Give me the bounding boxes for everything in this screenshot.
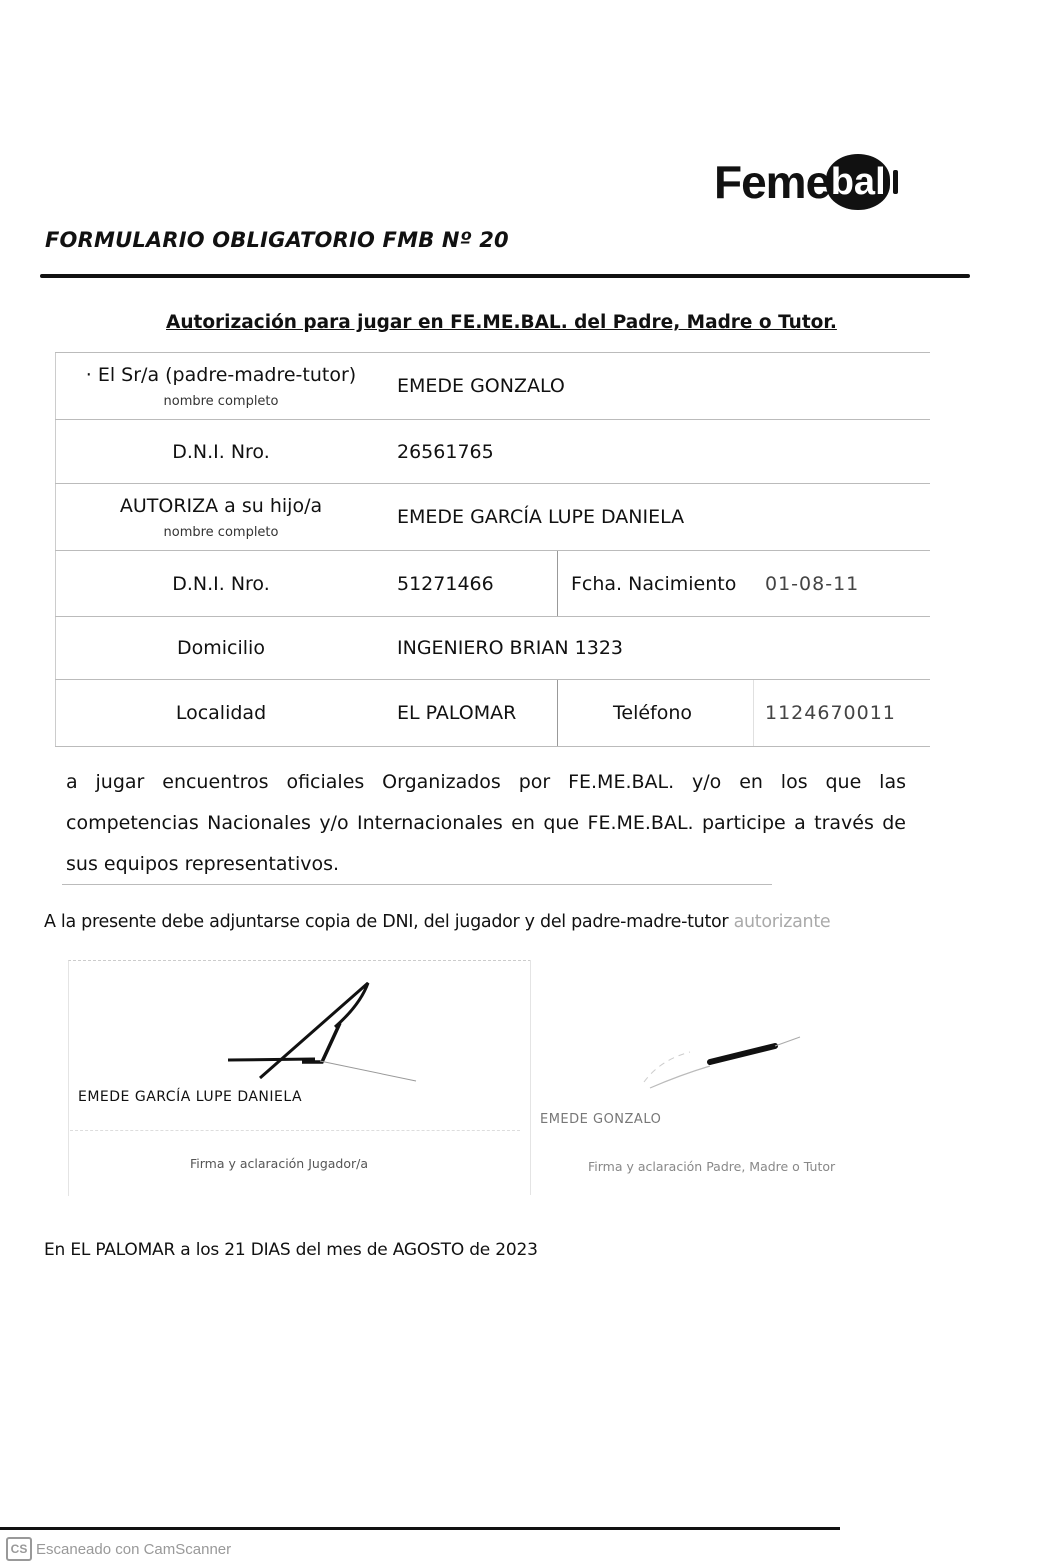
footer-divider bbox=[0, 1527, 840, 1530]
camscanner-icon: CS bbox=[6, 1537, 32, 1561]
camscanner-text: Escaneado con CamScanner bbox=[36, 1541, 231, 1558]
camscanner-footer: CS Escaneado con CamScanner bbox=[6, 1537, 231, 1561]
player-signature-caption: Firma y aclaración Jugador/a bbox=[190, 1156, 368, 1171]
form-title: FORMULARIO OBLIGATORIO FMB Nº 20 bbox=[45, 228, 509, 252]
player-signature-icon bbox=[220, 975, 430, 1090]
parent-sublabel: nombre completo bbox=[164, 394, 279, 409]
child-name-row: AUTORIZA a su hijo/a nombre completo EME… bbox=[55, 483, 930, 550]
phone-label: Teléfono bbox=[613, 680, 692, 746]
parent-dni-row: D.N.I. Nro. 26561765 bbox=[55, 419, 930, 483]
birth-date-label: Fcha. Nacimiento bbox=[571, 551, 736, 616]
address-label: Domicilio bbox=[55, 617, 387, 679]
authorization-paragraph: a jugar encuentros oficiales Organizados… bbox=[66, 762, 906, 885]
child-label: AUTORIZA a su hijo/a bbox=[120, 495, 322, 517]
child-dni: 51271466 bbox=[397, 551, 494, 616]
child-label-cell: AUTORIZA a su hijo/a nombre completo bbox=[55, 484, 387, 550]
child-sublabel: nombre completo bbox=[164, 525, 279, 540]
parent-signature-name: EMEDE GONZALO bbox=[540, 1112, 661, 1127]
locality-row: Localidad EL PALOMAR Teléfono 1124670011 bbox=[55, 679, 930, 747]
parent-name-row: · El Sr/a (padre-madre-tutor) nombre com… bbox=[55, 352, 930, 419]
parent-label: · El Sr/a (padre-madre-tutor) bbox=[86, 364, 356, 386]
logo-tick bbox=[893, 170, 898, 194]
place-date: En EL PALOMAR a los 21 DIAS del mes de A… bbox=[44, 1240, 538, 1260]
signature-divider bbox=[70, 1130, 520, 1132]
paragraph-divider bbox=[62, 884, 772, 885]
child-dni-label: D.N.I. Nro. bbox=[55, 551, 387, 616]
parent-signature-caption: Firma y aclaración Padre, Madre o Tutor bbox=[588, 1159, 835, 1174]
phone: 1124670011 bbox=[765, 680, 896, 746]
parent-label-cell: · El Sr/a (padre-madre-tutor) nombre com… bbox=[55, 353, 387, 419]
child-name: EMEDE GARCÍA LUPE DANIELA bbox=[397, 484, 684, 550]
address-row: Domicilio INGENIERO BRIAN 1323 bbox=[55, 616, 930, 679]
child-dni-row: D.N.I. Nro. 51271466 Fcha. Nacimiento 01… bbox=[55, 550, 930, 616]
logo-text: Feme bbox=[714, 155, 830, 209]
locality-label: Localidad bbox=[55, 680, 387, 746]
document-subtitle: Autorización para jugar en FE.ME.BAL. de… bbox=[166, 312, 837, 333]
address: INGENIERO BRIAN 1323 bbox=[397, 617, 623, 679]
parent-dni-label: D.N.I. Nro. bbox=[55, 420, 387, 483]
parent-name: EMEDE GONZALO bbox=[397, 353, 565, 419]
player-signature-name: EMEDE GARCÍA LUPE DANIELA bbox=[78, 1089, 302, 1105]
header-divider bbox=[40, 274, 970, 278]
femebal-logo: Feme bal bbox=[714, 152, 898, 212]
parent-signature-icon bbox=[640, 1030, 810, 1100]
locality: EL PALOMAR bbox=[397, 680, 516, 746]
parent-dni: 26561765 bbox=[397, 420, 494, 483]
birth-date: 01-08-11 bbox=[765, 551, 859, 616]
attachment-note-tail: autorizante bbox=[734, 912, 831, 932]
attachment-note: A la presente debe adjuntarse copia de D… bbox=[44, 912, 830, 932]
attachment-note-text: A la presente debe adjuntarse copia de D… bbox=[44, 912, 728, 932]
authorization-table: · El Sr/a (padre-madre-tutor) nombre com… bbox=[55, 352, 930, 747]
logo-badge: bal bbox=[826, 154, 890, 210]
